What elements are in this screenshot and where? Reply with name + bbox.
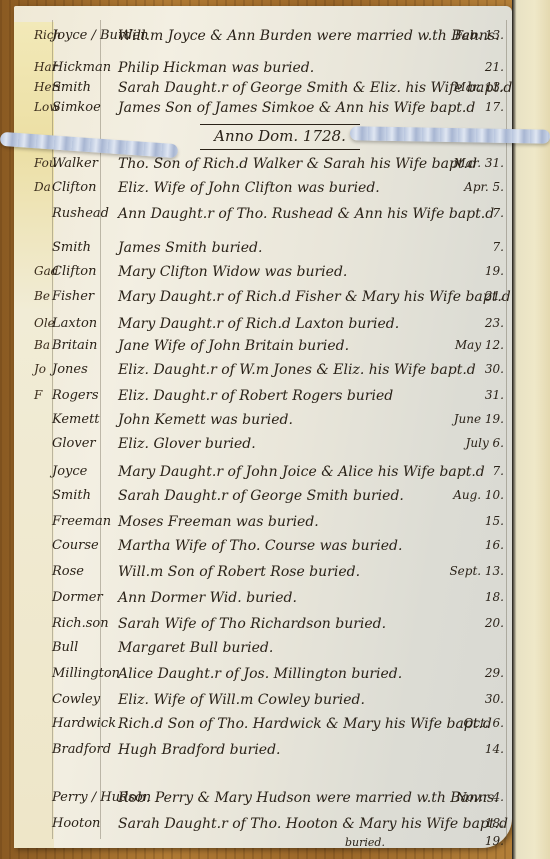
- entry-text: James Smith buried.: [118, 240, 262, 256]
- entry-date: 15.: [485, 514, 504, 528]
- entry-text: John Kemett was buried.: [118, 412, 293, 428]
- register-entry: Low Simkoe James Son of James Simkoe & A…: [0, 100, 550, 122]
- entry-date: 19.: [485, 834, 504, 848]
- entry-date: 30.: [485, 692, 504, 706]
- margin-note: Jo: [34, 362, 46, 376]
- year-heading: Anno Dom. 1728.: [200, 124, 360, 150]
- entry-surname: Jones: [52, 362, 88, 377]
- entry-surname: Cowley: [52, 692, 100, 707]
- register-entry: 19.: [0, 834, 550, 856]
- register-entry: OleLaxtonMary Daught.r of Rich.d Laxton …: [0, 316, 550, 338]
- entry-text: James Son of James Simkoe & Ann his Wife…: [118, 100, 475, 116]
- entry-date: 29.: [485, 666, 504, 680]
- entry-text: Sarah Wife of Tho Richardson buried.: [118, 616, 386, 632]
- entry-date: 19.: [485, 264, 504, 278]
- entry-surname: Rich.son: [52, 616, 109, 631]
- register-entry: JoyceMary Daught.r of John Joice & Alice…: [0, 464, 550, 486]
- entry-surname: Bull: [52, 640, 78, 655]
- entry-date: 20.: [485, 616, 504, 630]
- entry-text: Eliz. Glover buried.: [118, 436, 256, 452]
- entry-date: 7.: [493, 206, 504, 220]
- entry-date: 7.: [493, 240, 504, 254]
- register-entry: BullMargaret Bull buried.: [0, 640, 550, 662]
- register-entry: CowleyEliz. Wife of Will.m Cowley buried…: [0, 692, 550, 714]
- entry-surname: Dormer: [52, 590, 103, 605]
- entry-date: May 12.: [455, 338, 504, 352]
- entry-surname: Simkoe: [52, 100, 101, 115]
- margin-note: Ba: [34, 338, 50, 352]
- register-entry: JoJonesEliz. Daught.r of W.m Jones & Eli…: [0, 362, 550, 384]
- entry-text: Martha Wife of Tho. Course was buried.: [118, 538, 402, 554]
- entry-text: Eliz. Daught.r of W.m Jones & Eliz. his …: [118, 362, 476, 378]
- register-entry: DormerAnn Dormer Wid. buried.18.: [0, 590, 550, 612]
- entry-surname: Smith: [52, 240, 91, 255]
- entry-text: Jane Wife of John Britain buried.: [118, 338, 349, 354]
- entry-text: Ann Dormer Wid. buried.: [118, 590, 297, 606]
- entry-text: Mary Daught.r of John Joice & Alice his …: [118, 464, 485, 480]
- entry-text: Ann Daught.r of Tho. Rushead & Ann his W…: [118, 206, 494, 222]
- margin-note: Da: [34, 180, 51, 194]
- entry-date: Aug. 10.: [453, 488, 504, 502]
- entry-date: Feb. 13.: [455, 28, 504, 42]
- register-entry: DaCliftonEliz. Wife of John Clifton was …: [0, 180, 550, 202]
- entry-surname: Smith: [52, 488, 91, 503]
- register-entry: KemettJohn Kemett was buried.June 19.: [0, 412, 550, 434]
- entry-text: Mary Daught.r of Rich.d Laxton buried.: [118, 316, 399, 332]
- entry-surname: Britain: [52, 338, 97, 353]
- entry-date: 21.: [485, 289, 504, 303]
- entry-date: June 19.: [454, 412, 504, 426]
- entry-date: 16.: [485, 538, 504, 552]
- register-entry: GadCliftonMary Clifton Widow was buried.…: [0, 264, 550, 286]
- buried-annotation: buried.: [345, 836, 385, 849]
- register-entry: BradfordHugh Bradford buried.14.: [0, 742, 550, 764]
- register-entry: Har Hickman Philip Hickman was buried. 2…: [0, 60, 550, 82]
- entry-surname: Glover: [52, 436, 96, 451]
- entry-date: 7.: [493, 464, 504, 478]
- entry-surname: Rogers: [52, 388, 99, 403]
- entry-surname: Clifton: [52, 180, 97, 195]
- register-entry: FRogersEliz. Daught.r of Robert Rogers b…: [0, 388, 550, 410]
- register-entry: BaBritainJane Wife of John Britain burie…: [0, 338, 550, 360]
- entry-surname: Laxton: [52, 316, 97, 331]
- entry-date: 23.: [485, 316, 504, 330]
- entry-text: Tho. Son of Rich.d Walker & Sarah his Wi…: [118, 156, 477, 172]
- entry-surname: Millington: [52, 666, 120, 681]
- entry-date: Apr. 5.: [464, 180, 504, 194]
- entry-surname: Freeman: [52, 514, 111, 529]
- entry-date: 18.: [485, 816, 504, 830]
- margin-note: F: [34, 388, 42, 402]
- register-entry: GloverEliz. Glover buried.July 6.: [0, 436, 550, 458]
- entry-surname: Hardwick: [52, 716, 116, 731]
- entry-surname: Bradford: [52, 742, 111, 757]
- entry-text: Sarah Daught.r of Tho. Hooton & Mary his…: [118, 816, 508, 832]
- entry-date: Sept. 13.: [449, 564, 504, 578]
- entry-date: Oct. 6.: [464, 716, 504, 730]
- register-entry: MillingtonAlice Daught.r of Jos. Milling…: [0, 666, 550, 688]
- entry-text: Alice Daught.r of Jos. Millington buried…: [118, 666, 402, 682]
- entry-text: Mary Clifton Widow was buried.: [118, 264, 347, 280]
- entry-text: Eliz. Daught.r of Robert Rogers buried: [118, 388, 393, 404]
- register-entry: SmithSarah Daught.r of George Smith buri…: [0, 488, 550, 510]
- entry-surname: Kemett: [52, 412, 100, 427]
- entry-surname: Joyce: [52, 464, 87, 479]
- register-entry: Heri Smith Sarah Daught.r of George Smit…: [0, 80, 550, 102]
- margin-note: Be: [34, 289, 50, 303]
- entry-surname: Rose: [52, 564, 84, 579]
- entry-text: Will.m Joyce & Ann Burden were married w…: [118, 28, 500, 44]
- register-entry: Rich.sonSarah Wife of Tho Richardson bur…: [0, 616, 550, 638]
- register-entry: HardwickRich.d Son of Tho. Hardwick & Ma…: [0, 716, 550, 738]
- register-entry: Rich Joyce / Burden Will.m Joyce & Ann B…: [0, 28, 550, 50]
- register-entry: BeFisherMary Daught.r of Rich.d Fisher &…: [0, 289, 550, 311]
- register-entry: FouWalkerTho. Son of Rich.d Walker & Sar…: [0, 156, 550, 178]
- entry-date: Nov.r 4.: [456, 790, 504, 804]
- register-entry: SmithJames Smith buried.7.: [0, 240, 550, 262]
- entry-date: 30.: [485, 362, 504, 376]
- entry-date: 21.: [485, 60, 504, 74]
- entry-text: Hugh Bradford buried.: [118, 742, 281, 758]
- entry-surname: Clifton: [52, 264, 97, 279]
- entry-text: Margaret Bull buried.: [118, 640, 273, 656]
- entry-text: Rob. Perry & Mary Hudson were married w.…: [118, 790, 499, 806]
- entry-text: Will.m Son of Robert Rose buried.: [118, 564, 360, 580]
- entry-text: Mary Daught.r of Rich.d Fisher & Mary hi…: [118, 289, 511, 305]
- register-entry: Perry / HudsonRob. Perry & Mary Hudson w…: [0, 790, 550, 812]
- entry-surname: Walker: [52, 156, 98, 171]
- entry-date: July 6.: [466, 436, 504, 450]
- register-entry: FreemanMoses Freeman was buried.15.: [0, 514, 550, 536]
- entry-text: Philip Hickman was buried.: [118, 60, 314, 76]
- register-entry: CourseMartha Wife of Tho. Course was bur…: [0, 538, 550, 560]
- entry-date: 18.: [485, 590, 504, 604]
- entry-text: Sarah Daught.r of George Smith buried.: [118, 488, 404, 504]
- entry-text: Moses Freeman was buried.: [118, 514, 319, 530]
- register-entry: RusheadAnn Daught.r of Tho. Rushead & An…: [0, 206, 550, 228]
- entry-surname: Smith: [52, 80, 91, 95]
- entry-text: Eliz. Wife of Will.m Cowley buried.: [118, 692, 365, 708]
- entry-surname: Hickman: [52, 60, 111, 75]
- entry-text: Eliz. Wife of John Clifton was buried.: [118, 180, 380, 196]
- entry-surname: Fisher: [52, 289, 94, 304]
- entry-date: Mar. 31.: [453, 156, 504, 170]
- entry-date: Mar. 13.: [453, 80, 504, 94]
- entry-surname: Hooton: [52, 816, 100, 831]
- register-entry: RoseWill.m Son of Robert Rose buried.Sep…: [0, 564, 550, 586]
- entry-text: Rich.d Son of Tho. Hardwick & Mary his W…: [118, 716, 492, 732]
- entry-surname: Course: [52, 538, 99, 553]
- entry-date: 14.: [485, 742, 504, 756]
- entry-date: 17.: [485, 100, 504, 114]
- entry-surname: Rushead: [52, 206, 109, 221]
- entry-date: 31.: [485, 388, 504, 402]
